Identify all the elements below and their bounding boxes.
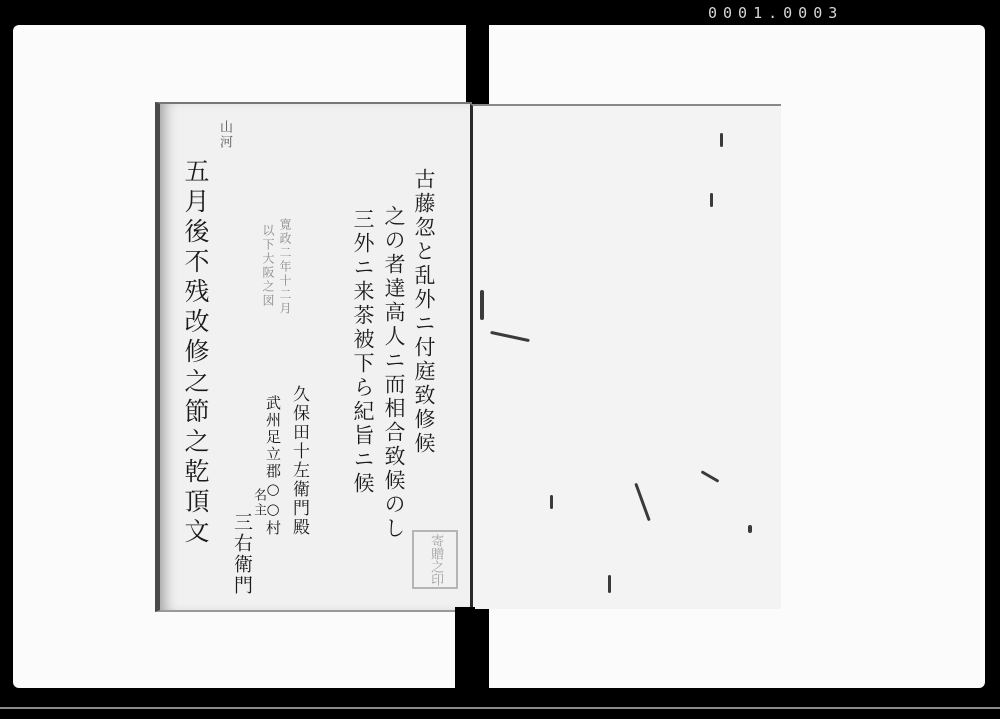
paper-mark (480, 290, 484, 320)
text-column: 之の者達高人ニ而相合致候のし (383, 205, 404, 541)
frame-counter: 0001.0003 (708, 4, 843, 22)
text-column: 武州足立郡○○村 (265, 395, 280, 537)
paper-mark (608, 575, 611, 593)
spine-divider (466, 25, 489, 104)
right-page (470, 104, 781, 609)
text-column: 久保田十左衛門殿 (290, 385, 307, 537)
text-column: 名主 (252, 488, 265, 518)
top-note: 山河 (218, 120, 231, 150)
paper-mark (720, 133, 723, 147)
text-column: 三外ニ来茶被下ら紀旨ニ候 (352, 208, 373, 496)
scan-line (0, 707, 1000, 709)
text-column: 五月後不残改修之節之乾頂文 (183, 158, 208, 548)
signature: 三右衛門 (232, 512, 251, 596)
text-column: 古藤忽と乱外ニ付庭致修候 (413, 168, 434, 456)
annotation-column: 以下大阪之図 (262, 224, 274, 308)
paper-mark (748, 525, 752, 533)
spine-divider-bottom (455, 607, 475, 688)
annotation-column: 寛政二年十二月 (279, 218, 291, 316)
seal-stamp: 寄贈之印 (412, 530, 458, 589)
paper-mark (550, 495, 553, 509)
paper-mark (710, 193, 713, 207)
